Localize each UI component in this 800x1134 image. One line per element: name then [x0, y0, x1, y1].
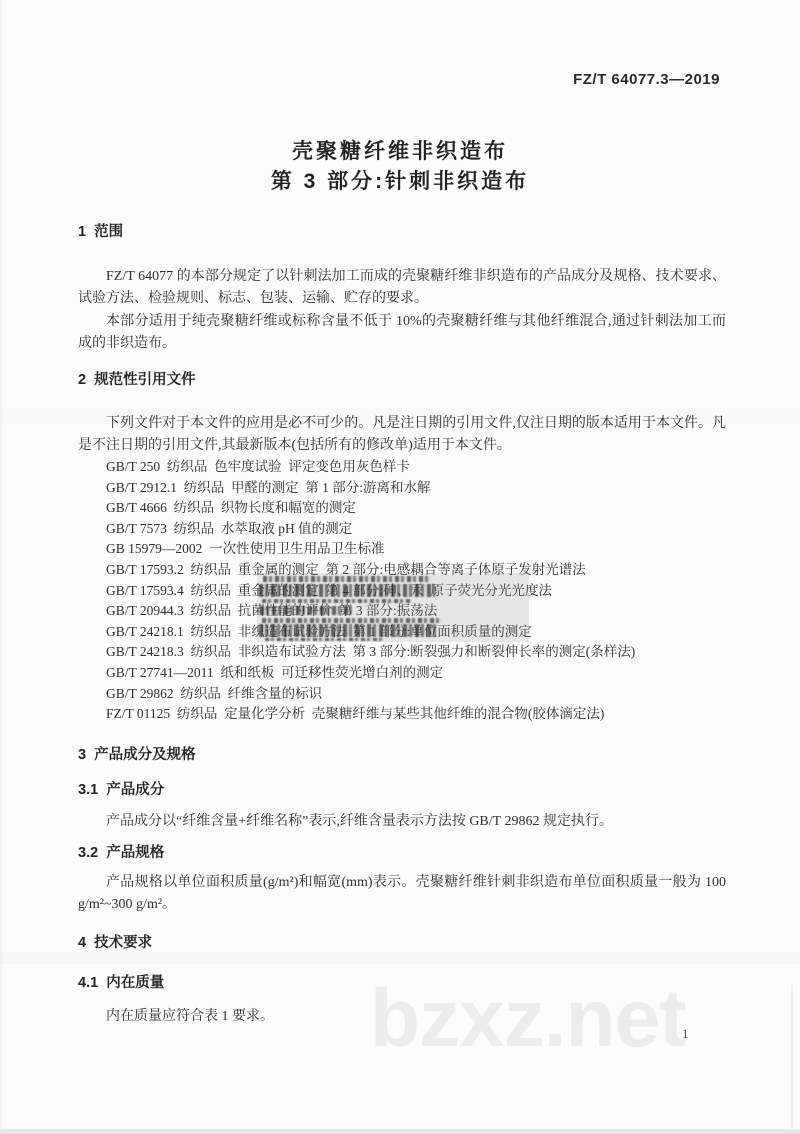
page-number: 1: [682, 1026, 689, 1042]
stamp-overprint-line: [259, 584, 435, 597]
stamp-overprint-line: [262, 618, 442, 623]
reference-item: GB/T 4666 纺织品 织物长度和幅宽的测定: [106, 498, 766, 519]
reference-item: GB/T 24218.3 纺织品 非织造布试验方法 第 3 部分:断裂强力和断裂…: [106, 642, 766, 663]
section-3-heading: 3 产品成分及规格: [78, 745, 196, 765]
section-2-intro: 下列文件对于本文件的应用是必不可少的。凡是注日期的引用文件,仅注日期的版本适用于…: [78, 413, 726, 457]
reference-item: GB/T 250 纺织品 色牢度试验 评定变色用灰色样卡: [106, 457, 766, 478]
reference-item: GB/T 2912.1 纺织品 甲醛的测定 第 1 部分:游离和水解: [106, 478, 766, 499]
section-2-heading: 2 规范性引用文件: [78, 370, 196, 390]
section-3-1-paragraph: 产品成分以“纤维含量+纤维名称”表示,纤维含量表示方法按 GB/T 29862 …: [78, 811, 726, 833]
section-4-1-paragraph: 内在质量应符合表 1 要求。: [78, 1006, 726, 1028]
scan-band: [0, 952, 800, 964]
section-4-1-heading: 4.1 内在质量: [78, 973, 164, 993]
document-title-line2: 第 3 部分:针刺非织造布: [0, 167, 800, 197]
section-4-heading: 4 技术要求: [78, 933, 152, 953]
reference-item: GB/T 29862 纺织品 纤维含量的标识: [106, 684, 766, 705]
stamp-overprint-line: [259, 624, 437, 637]
stamp-watermark: [257, 573, 529, 642]
scan-edge-right: [791, 985, 793, 1134]
stamp-overprint-line: [263, 576, 431, 582]
section-3-2-heading: 3.2 产品规格: [78, 843, 164, 863]
section-3-1-heading: 3.1 产品成分: [78, 780, 164, 800]
stamp-overprint-line: [260, 606, 352, 615]
document-title: 壳聚糖纤维非织造布 第 3 部分:针刺非织造布: [0, 137, 800, 197]
document-title-line1: 壳聚糖纤维非织造布: [0, 137, 800, 167]
section-1-paragraph-1: FZ/T 64077 的本部分规定了以针刺法加工而成的壳聚糖纤维非织造布的产品成…: [78, 266, 726, 310]
stamp-overprint-line: [265, 638, 385, 641]
section-1-paragraph-2: 本部分适用于纯壳聚糖纤维或标称含量不低于 10%的壳聚糖纤维与其他纤维混合,通过…: [78, 311, 726, 355]
document-page: bzxz.net FZ/T 64077.3—2019 壳聚糖纤维非织造布 第 3…: [0, 0, 800, 1134]
section-3-2-paragraph: 产品规格以单位面积质量(g/m²)和幅宽(mm)表示。壳聚糖纤维针刺非织造布单位…: [78, 872, 726, 916]
scan-edge-bottom: [0, 1129, 800, 1134]
section-1-heading: 1 范围: [78, 222, 123, 242]
reference-item: FZ/T 01125 纺织品 定量化学分析 壳聚糖纤维与某些其他纤维的混合物(胶…: [106, 704, 766, 725]
reference-item: GB/T 27741—2011 纸和纸板 可迁移性荧光增白剂的测定: [106, 663, 766, 684]
stamp-overprint-line: [262, 599, 412, 603]
reference-item: GB 15979—2002 一次性使用卫生用品卫生标准: [106, 539, 766, 560]
standard-code-header: FZ/T 64077.3—2019: [573, 71, 720, 88]
reference-item: GB/T 7573 纺织品 水萃取液 pH 值的测定: [106, 519, 766, 540]
